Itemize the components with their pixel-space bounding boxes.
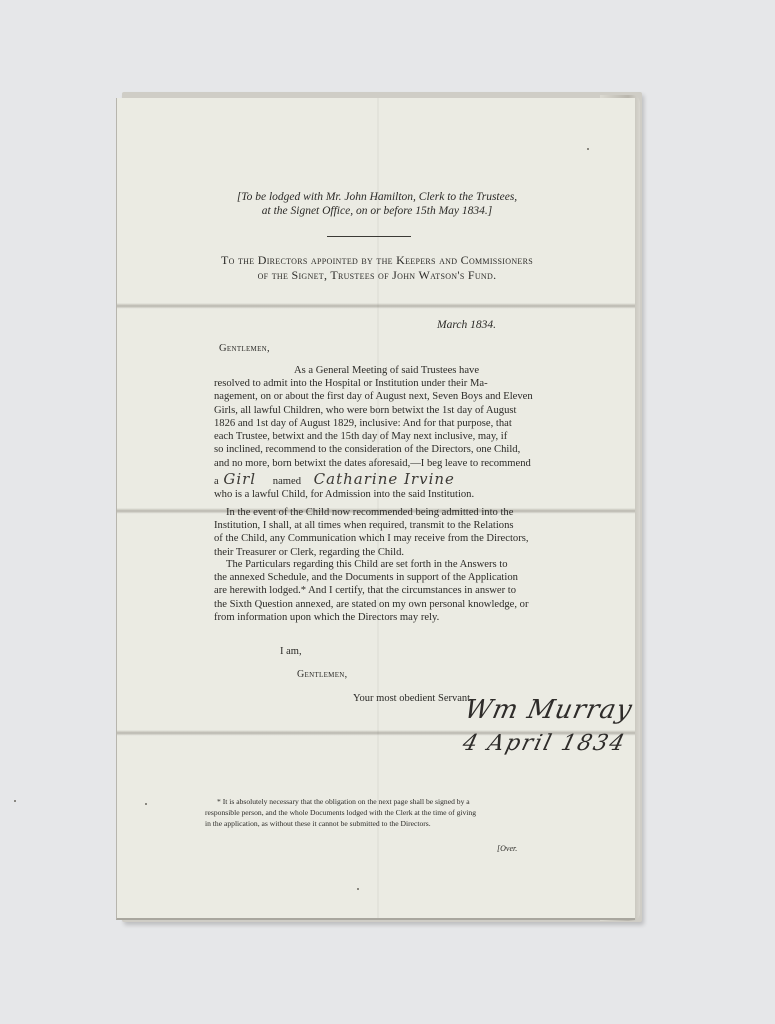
document-page: [To be lodged with Mr. John Hamilton, Cl… bbox=[116, 98, 635, 920]
paragraph-admission: As a General Meeting of said Trustees ha… bbox=[214, 364, 574, 501]
signature-name: Wm Murray bbox=[462, 694, 636, 727]
para2-line: Institution, I shall, at all times when … bbox=[214, 519, 574, 532]
paper-speck bbox=[357, 888, 359, 890]
footnote-line: in the application, as without these it … bbox=[205, 818, 535, 829]
para1-line: each Trustee, betwixt and the 15th day o… bbox=[214, 430, 574, 443]
lodging-line-1: [To be lodged with Mr. John Hamilton, Cl… bbox=[177, 190, 577, 204]
para3-line: the annexed Schedule, and the Documents … bbox=[214, 571, 574, 584]
handwritten-gender: Girl bbox=[223, 470, 256, 488]
paper-speck bbox=[145, 803, 147, 805]
para3-line: from information upon which the Director… bbox=[214, 611, 574, 624]
para2-line: of the Child, any Communication which I … bbox=[214, 532, 574, 545]
para1-line: 1826 and 1st day of August 1829, inclusi… bbox=[214, 417, 574, 430]
para1-line: As a General Meeting of said Trustees ha… bbox=[214, 364, 574, 377]
over-marker: [Over. bbox=[497, 844, 517, 854]
addressee: To the Directors appointed by the Keeper… bbox=[147, 253, 607, 283]
addressee-line-1: To the Directors appointed by the Keeper… bbox=[147, 253, 607, 268]
footnote-line: responsible person, and the whole Docume… bbox=[205, 807, 535, 818]
salutation: Gentlemen, bbox=[219, 342, 270, 355]
para1-line: so inclined, recommend to the considerat… bbox=[214, 443, 574, 456]
para2-line: In the event of the Child now recommende… bbox=[214, 506, 574, 519]
para3-line: the Sixth Question annexed, are stated o… bbox=[214, 598, 574, 611]
fold-crease bbox=[117, 303, 635, 309]
handwritten-child-name: Catharine Irvine bbox=[314, 470, 455, 488]
paper-speck bbox=[587, 148, 589, 150]
lodging-line-2: at the Signet Office, on or before 15th … bbox=[177, 204, 577, 218]
recommend-line: a Girl named Catharine Irvine bbox=[214, 470, 574, 488]
para1-line: nagement, on or about the first day of A… bbox=[214, 390, 574, 403]
para1-last-line: who is a lawful Child, for Admission int… bbox=[214, 488, 574, 501]
para2-line: their Treasurer or Clerk, regarding the … bbox=[214, 546, 574, 559]
footnote: * It is absolutely necessary that the ob… bbox=[205, 796, 535, 829]
para3-line: are herewith lodged.* And I certify, tha… bbox=[214, 584, 574, 597]
paragraph-communication: In the event of the Child now recommende… bbox=[214, 506, 574, 559]
closing-servant: Your most obedient Servant, bbox=[353, 692, 473, 705]
para1-line: and no more, born betwixt the dates afor… bbox=[214, 457, 574, 470]
para1-line: resolved to admit into the Hospital or I… bbox=[214, 377, 574, 390]
footnote-line: * It is absolutely necessary that the ob… bbox=[205, 796, 535, 807]
paragraph-particulars: The Particulars regarding this Child are… bbox=[214, 558, 574, 624]
closing-gentlemen: Gentlemen, bbox=[297, 669, 347, 682]
letter-date: March 1834. bbox=[437, 318, 496, 332]
closing-i-am: I am, bbox=[280, 645, 302, 658]
para1-line: Girls, all lawful Children, who were bor… bbox=[214, 404, 574, 417]
background-speck bbox=[14, 800, 16, 802]
lodging-instructions: [To be lodged with Mr. John Hamilton, Cl… bbox=[177, 190, 577, 219]
divider-rule bbox=[327, 236, 411, 237]
recommend-prefix: a bbox=[214, 476, 219, 487]
signature-date: 4 April 1834 bbox=[460, 730, 629, 758]
para3-line: The Particulars regarding this Child are… bbox=[214, 558, 574, 571]
addressee-line-2: of the Signet, Trustees of John Watson's… bbox=[147, 268, 607, 283]
named-label: named bbox=[273, 476, 301, 487]
